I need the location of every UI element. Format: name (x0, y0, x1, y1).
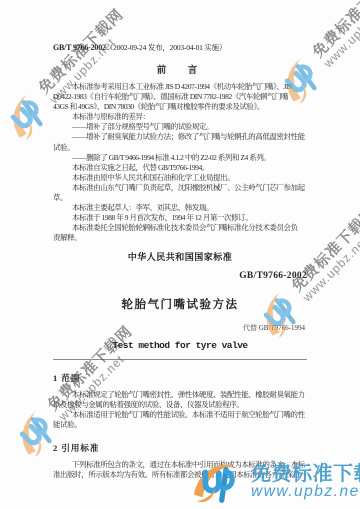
publish-dates: （2002-09-24 发布，2003-04-01 实施） (106, 43, 226, 52)
section-1-title: 1 范围 (53, 372, 307, 384)
foreword-line: 本标准委托全国轮胎轮辋标准化技术委员会气门嘴标准化分技术委员会负 (53, 223, 307, 233)
divider (53, 359, 307, 360)
standard-code: GB/T9766-2002 (53, 271, 307, 281)
foreword-line: 43GS 和 49GS》、DIN 78030《轮胎气门嘴对橡胶零件的要求及试验》… (53, 102, 307, 112)
foreword-line: 责解释。 (53, 233, 307, 243)
section-2-title: 2 引用标准 (53, 442, 307, 454)
foreword-line: D9422-1983《自行车轮胎气门嘴》、德国标准 DIN 7782-1982《… (53, 92, 307, 102)
foreword-title: 前 言 (53, 62, 307, 76)
foreword-line: 本标准由原中华人民共和国石油和化学工业局提出。 (53, 173, 307, 183)
foreword-line: 本标准参考采用日本工业标准 JIS D 4207-1994《机动车轮胎气门嘴》、… (53, 82, 307, 92)
watermark-site-url: www.upbz.net (251, 484, 360, 500)
section-line: 本标准规定了轮胎气门嘴密封性、弹性体硬度、装配性能、橡胶耐臭氧能力 (53, 390, 307, 400)
foreword-line: ——增补了部分规格型号气门嘴的试验规定。 (53, 122, 307, 132)
foreword-line: 本标准主要起草人：李军、刘其忠、韩发瑞。 (53, 203, 307, 213)
doc-header: GB/T 9766-2002（2002-09-24 发布，2003-04-01 … (53, 42, 307, 53)
document-page: 免费标准下载网 www.upbz.net 免费标准下载网 www.upbz.ne… (0, 0, 360, 509)
foreword-line: 本标准与原标准的差异： (53, 112, 307, 122)
section-2-body: 下列标准所包含的条文，通过在本标准中引用而构成为本标准的条文。本标 准出版时，所… (53, 460, 307, 480)
section-line: 本标准适用于轮胎气门嘴的性能试验。本标准不适用于航空轮胎气门嘴的性 (53, 410, 307, 420)
section-line: 下列标准所包含的条文，通过在本标准中引用而构成为本标准的条文。本标 (53, 460, 307, 470)
section-line: 能试验。 (53, 420, 307, 430)
foreword-paragraphs: 本标准参考采用日本工业标准 JIS D 4207-1994《机动车轮胎气门嘴》、… (53, 82, 307, 244)
standard-code-header: GB/T 9766-2002 (53, 43, 106, 52)
foreword-line: 试验。 (53, 143, 307, 153)
section-line: 准出版时，所示版本均为有效。所有标准都会被修订，使用本标准的各方应探讨 (53, 470, 307, 480)
standard-title-en: Test method for tyre valve (53, 340, 307, 351)
foreword-line: ——增补了耐臭氧能力试验方法；修改了气门嘴与轮辋孔的高低温密封性能 (53, 132, 307, 142)
section-line: 以及橡胶与金属的粘着强度的试验、设备、仪器及试验程序。 (53, 400, 307, 410)
foreword-line: 本标准由山东气门嘴厂负责起草，沈阳橡胶机械厂、公主岭气门芯厂参加起 (53, 183, 307, 193)
foreword-line: 草。 (53, 193, 307, 203)
foreword-line: ——删除了 GB/T 9466-1994 标准 4.1.2 中的 Z2-02 系… (53, 153, 307, 163)
national-standard-label: 中华人民共和国国家标准 (53, 250, 307, 263)
standard-title-zh: 轮胎气门嘴试验方法 (53, 296, 307, 312)
document-content: GB/T 9766-2002（2002-09-24 发布，2003-04-01 … (0, 0, 360, 480)
section-1-body: 本标准规定了轮胎气门嘴密封性、弹性体硬度、装配性能、橡胶耐臭氧能力 以及橡胶与金… (53, 390, 307, 430)
foreword-line: 本标准于 1988 年 9 月首次发布，1994 年 12 月第一次修订。 (53, 213, 307, 223)
replaces-note: 代替 GB/T9766-1994 (53, 323, 307, 333)
foreword-line: 本标准自实施之日起，代替 GB/T9766-1994。 (53, 163, 307, 173)
